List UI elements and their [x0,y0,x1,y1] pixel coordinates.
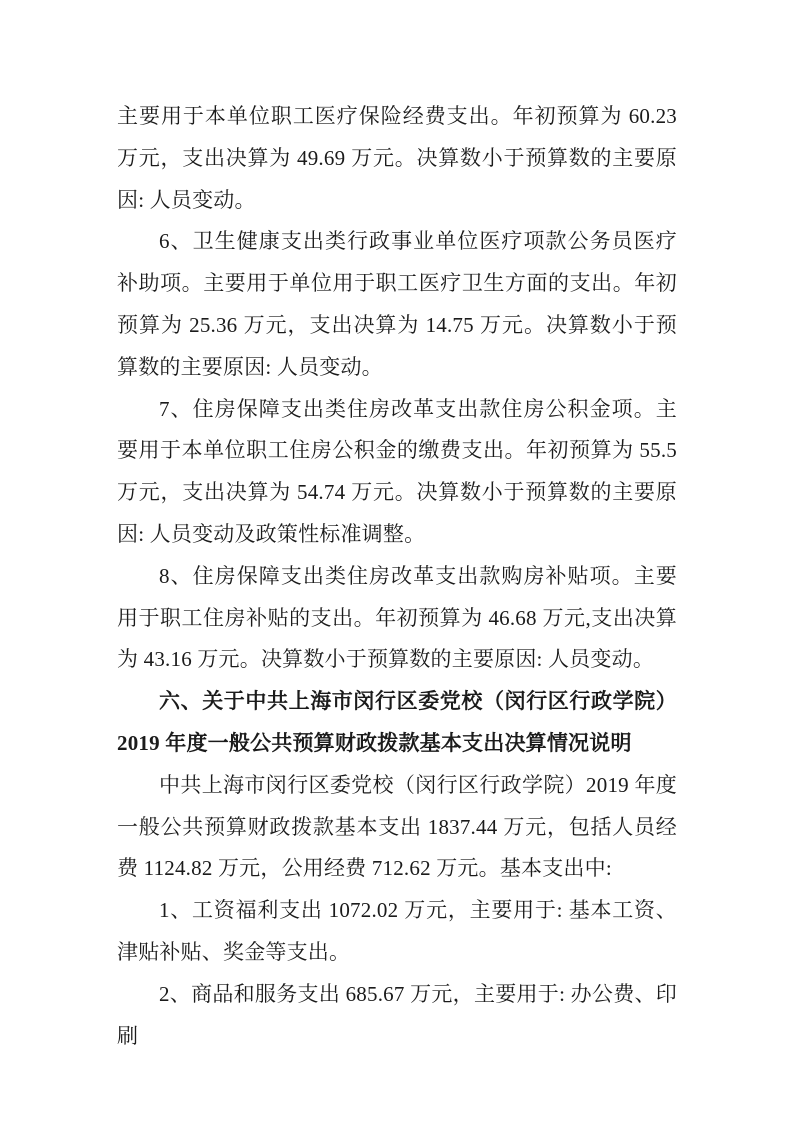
paragraph-item-8-housing-subsidy: 8、住房保障支出类住房改革支出款购房补贴项。主要用于职工住房补贴的支出。年初预算… [117,556,677,681]
paragraph-item-6-health: 6、卫生健康支出类行政事业单位医疗项款公务员医疗补助项。主要用于单位用于职工医疗… [117,221,677,388]
section-six-heading: 六、关于中共上海市闵行区委党校（闵行区行政学院）2019 年度一般公共预算财政拨… [117,681,677,765]
paragraph-basic-expenditure-overview: 中共上海市闵行区委党校（闵行区行政学院）2019 年度一般公共预算财政拨款基本支… [117,765,677,890]
paragraph-item-1-salary-welfare: 1、工资福利支出 1072.02 万元，主要用于: 基本工资、津贴补贴、奖金等支… [117,890,677,974]
document-page: 主要用于本单位职工医疗保险经费支出。年初预算为 60.23 万元，支出决算为 4… [0,0,793,1122]
paragraph-item-2-goods-services: 2、商品和服务支出 685.67 万元，主要用于: 办公费、印刷 [117,974,677,1058]
paragraph-item-7-housing-fund: 7、住房保障支出类住房改革支出款住房公积金项。主要用于本单位职工住房公积金的缴费… [117,389,677,556]
paragraph-medical-insurance-continuation: 主要用于本单位职工医疗保险经费支出。年初预算为 60.23 万元，支出决算为 4… [117,96,677,221]
